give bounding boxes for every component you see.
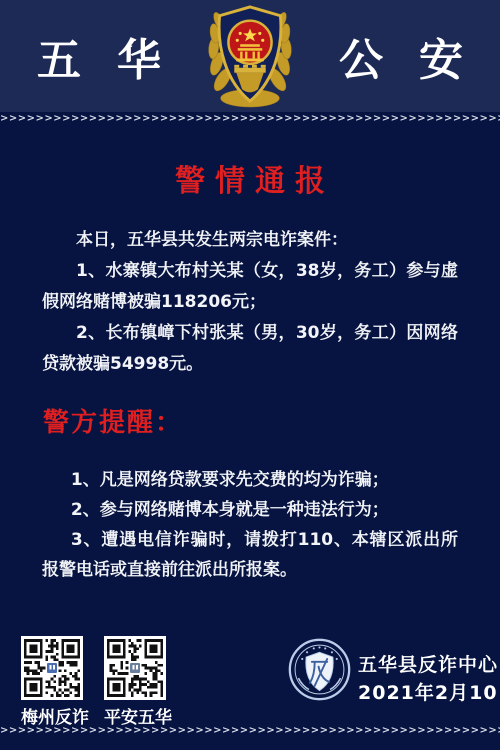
reminder-item-2: 2、参与网络赌博本身就是一种违法行为；: [42, 495, 458, 525]
case-item-2: 2、长布镇嶂下村张某（男，30岁，务工）因网络贷款被骗54998元。: [42, 318, 458, 380]
case-item-1: 1、水寨镇大布村关某（女，38岁，务工）参与虚假网络赌博被骗118206元；: [42, 256, 458, 318]
reminder-item-3: 3、遭遇电信诈骗时，请拨打110、本辖区派出所报警电话或直接前往派出所报案。: [42, 525, 458, 585]
anti-fraud-center-seal-icon: [286, 636, 353, 703]
reminder-list: 1、凡是网络贷款要求先交费的均为诈骗； 2、参与网络赌博本身就是一种违法行为； …: [42, 465, 458, 585]
footer-org-name: 五华县反诈中心: [358, 650, 498, 677]
qr-code-pingan-icon: [104, 636, 166, 700]
police-notice-poster: 五华: [0, 0, 500, 750]
footer-date: 2021年2月10日: [358, 678, 500, 705]
header-banner: 五华: [0, 0, 500, 112]
header-right-title: 公安: [302, 24, 500, 88]
qr-code-meizhou-icon: [21, 636, 83, 700]
case-summary: 本日，五华县共发生两宗电诈案件： 1、水寨镇大布村关某（女，38岁，务工）参与虚…: [42, 225, 458, 380]
police-emblem-icon: [198, 1, 302, 111]
chevron-divider-top: >>>>>>>>>>>>>>>>>>>>>>>>>>>>>>>>>>>>>>>>…: [0, 112, 500, 125]
case-intro: 本日，五华县共发生两宗电诈案件：: [42, 225, 458, 256]
footer: 梅州反诈 平安五华: [0, 630, 500, 724]
notice-title: 警情通报: [0, 156, 500, 200]
police-reminder-title: 警方提醒：: [43, 402, 500, 439]
reminder-item-1: 1、凡是网络贷款要求先交费的均为诈骗；: [42, 465, 458, 495]
chevron-divider-bottom: >>>>>>>>>>>>>>>>>>>>>>>>>>>>>>>>>>>>>>>>…: [0, 724, 500, 737]
